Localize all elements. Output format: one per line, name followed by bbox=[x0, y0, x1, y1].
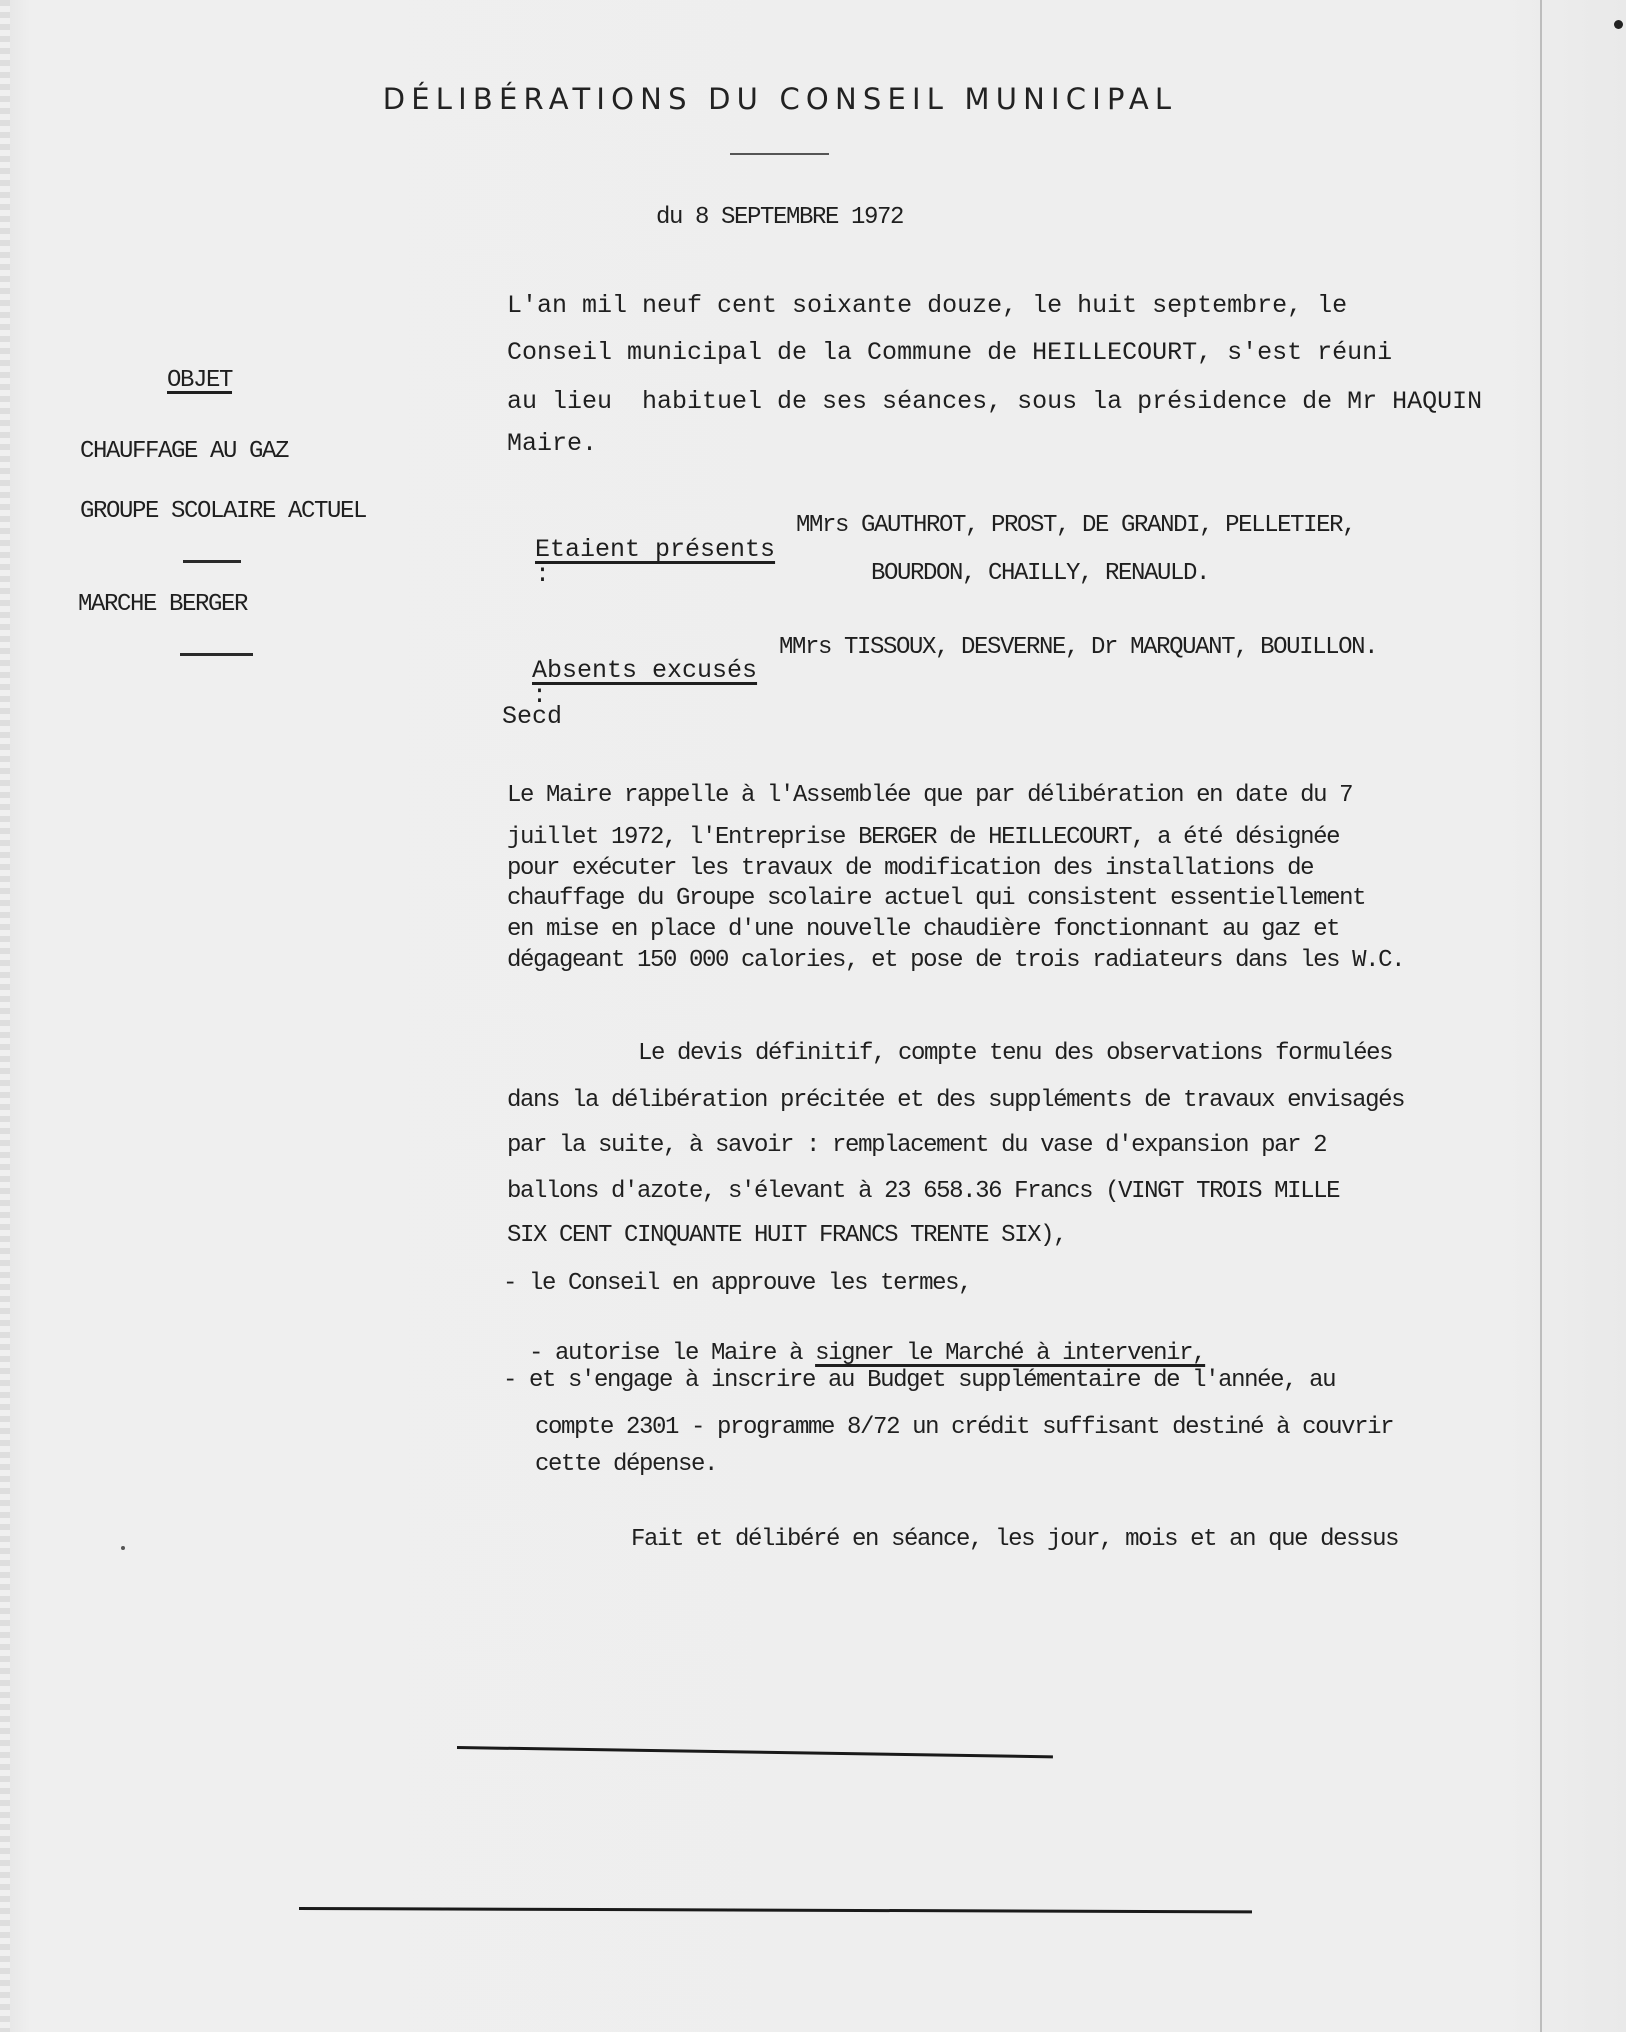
paragraph1-line: Le Maire rappelle à l'Assemblée que par … bbox=[507, 784, 1352, 808]
title-divider bbox=[730, 153, 829, 155]
paragraph1-line: dégageant 150 000 calories, et pose de t… bbox=[507, 949, 1404, 973]
decision-budget-line: cette dépense. bbox=[535, 1453, 717, 1477]
present-names-line2: BOURDON, CHAILLY, RENAULD. bbox=[871, 562, 1209, 586]
document-title: DÉLIBÉRATIONS DU CONSEIL MUNICIPAL bbox=[0, 82, 1560, 116]
subject-divider bbox=[180, 653, 253, 656]
paragraph2-line: ballons d'azote, s'élevant à 23 658.36 F… bbox=[507, 1180, 1339, 1204]
paper-perforated-edge bbox=[0, 0, 10, 2032]
closing-statement: Fait et délibéré en séance, les jour, mo… bbox=[631, 1528, 1398, 1552]
preamble-line: L'an mil neuf cent soixante douze, le hu… bbox=[507, 293, 1347, 318]
decision-authorize-underlined: signer le Marché à intervenir, bbox=[815, 1340, 1205, 1367]
signature-line bbox=[299, 1907, 1252, 1913]
decision-authorize: - autorise le Maire à signer le Marché à… bbox=[503, 1318, 1205, 1366]
secretary-label: Secd bbox=[502, 704, 562, 729]
absent-label: Absents excusés bbox=[532, 656, 757, 685]
signature-line bbox=[457, 1746, 1053, 1758]
absent-names: MMrs TISSOUX, DESVERNE, Dr MARQUANT, BOU… bbox=[779, 636, 1377, 660]
objet-label: OBJET bbox=[167, 369, 232, 393]
decision-budget-line: - et s'engage à inscrire au Budget suppl… bbox=[503, 1369, 1335, 1393]
ink-speck bbox=[1614, 20, 1623, 29]
subject-school-group: GROUPE SCOLAIRE ACTUEL bbox=[80, 500, 366, 524]
decision-approve: - le Conseil en approuve les termes, bbox=[503, 1272, 971, 1296]
session-date: du 8 SEPTEMBRE 1972 bbox=[656, 206, 903, 230]
page-edge-line bbox=[1540, 0, 1542, 2032]
decision-budget-line: compte 2301 - programme 8/72 un crédit s… bbox=[535, 1416, 1393, 1440]
preamble-line: Maire. bbox=[507, 431, 597, 456]
present-names-line1: MMrs GAUTHROT, PROST, DE GRANDI, PELLETI… bbox=[796, 514, 1355, 538]
paragraph2-line: Le devis définitif, compte tenu des obse… bbox=[638, 1042, 1392, 1066]
decision-authorize-text: - autorise le Maire à bbox=[529, 1340, 815, 1367]
paragraph2-line: dans la délibération précitée et des sup… bbox=[507, 1089, 1404, 1113]
paragraph2-line: par la suite, à savoir : remplacement du… bbox=[507, 1134, 1326, 1158]
subject-contract: MARCHE BERGER bbox=[78, 593, 247, 617]
paragraph2-line: SIX CENT CINQUANTE HUIT FRANCS TRENTE SI… bbox=[507, 1224, 1066, 1248]
preamble-line: Conseil municipal de la Commune de HEILL… bbox=[507, 340, 1392, 365]
paragraph1-line: juillet 1972, l'Entreprise BERGER de HEI… bbox=[507, 826, 1339, 850]
paragraph1-line: pour exécuter les travaux de modificatio… bbox=[507, 857, 1313, 881]
ink-speck bbox=[121, 1546, 125, 1550]
subject-heating: CHAUFFAGE AU GAZ bbox=[80, 440, 288, 464]
subject-divider bbox=[183, 560, 241, 563]
preamble-line: au lieu habituel de ses séances, sous la… bbox=[507, 389, 1482, 414]
label-separator: : bbox=[535, 560, 550, 589]
paragraph1-line: chauffage du Groupe scolaire actuel qui … bbox=[507, 887, 1365, 911]
paragraph1-line: en mise en place d'une nouvelle chaudièr… bbox=[507, 918, 1339, 942]
present-label: Etaient présents bbox=[535, 535, 775, 564]
